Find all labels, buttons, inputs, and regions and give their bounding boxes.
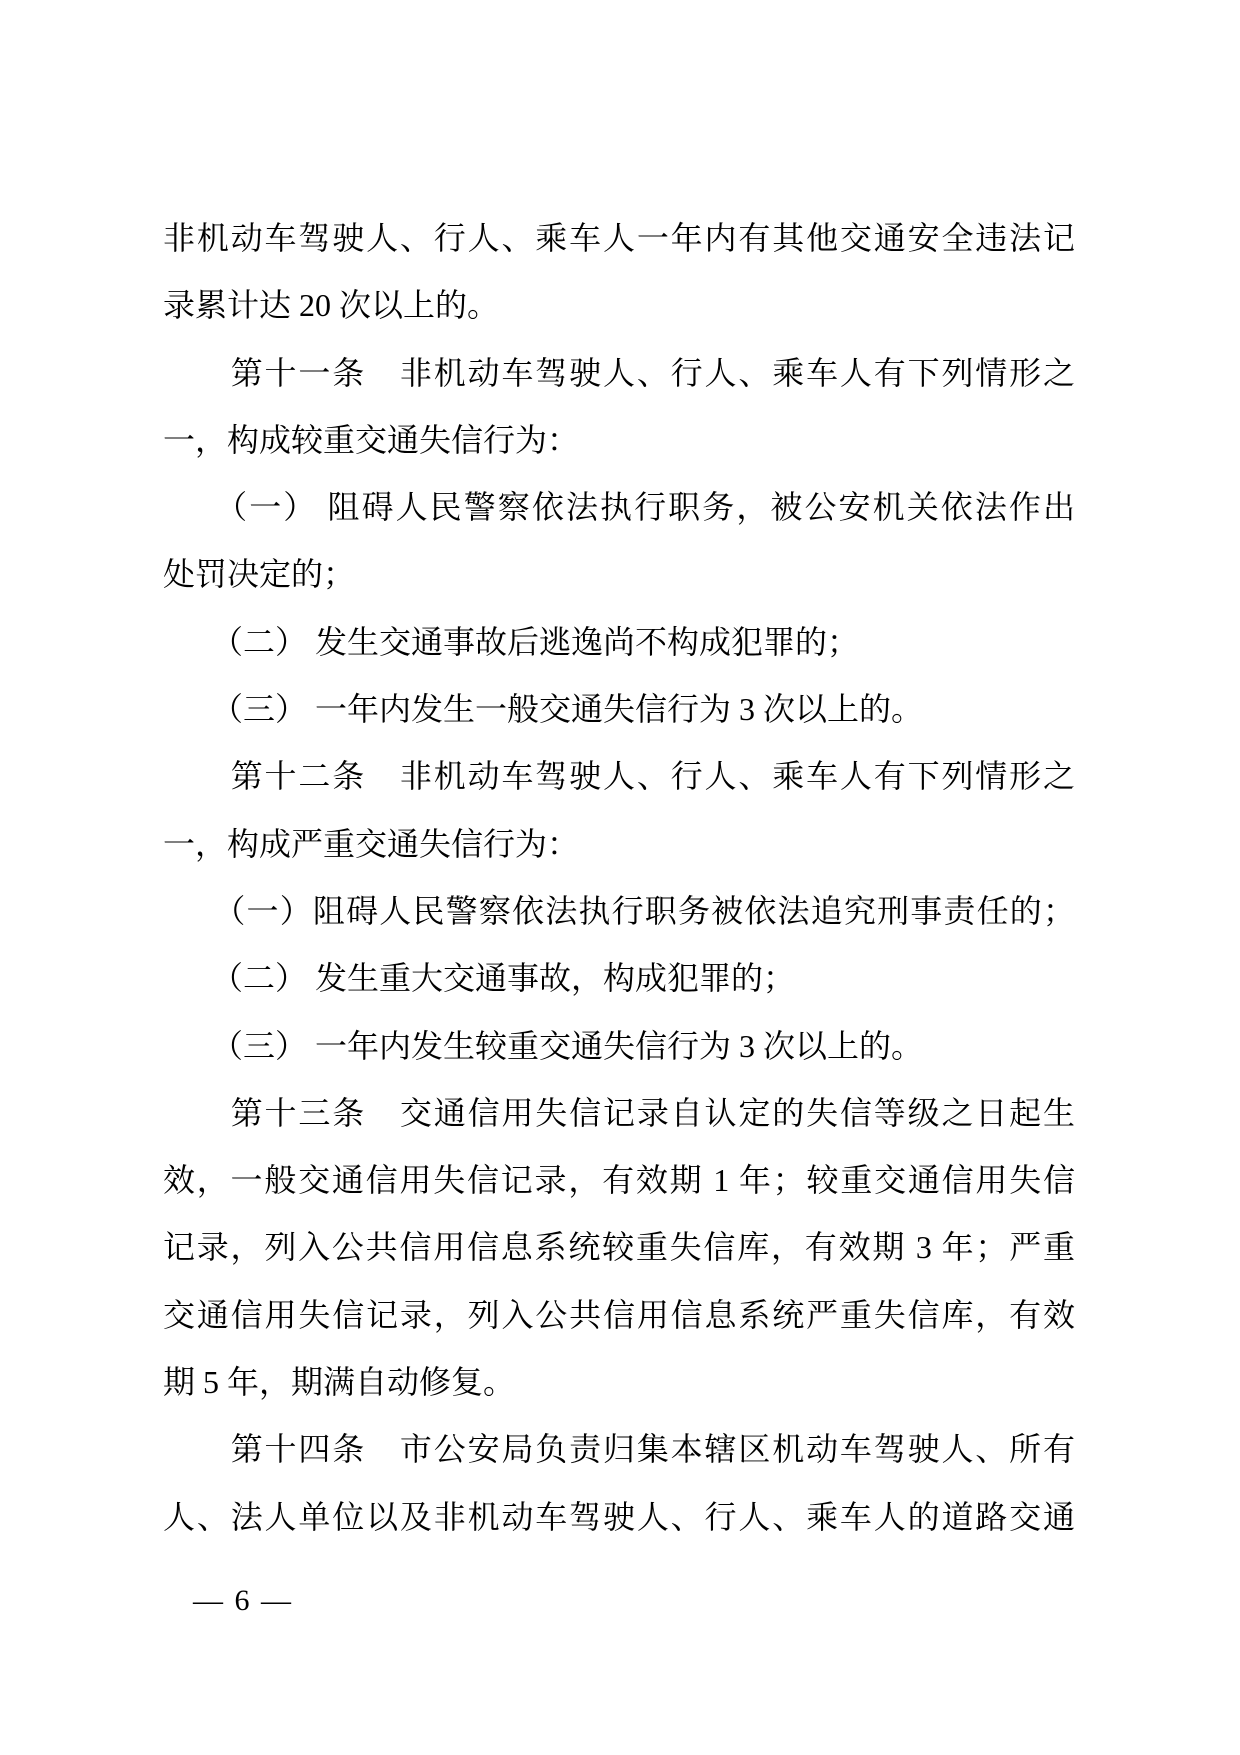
document-page: 非机动车驾驶人、行人、乘车人一年内有其他交通安全违法记 录累计达 20 次以上的… (0, 0, 1240, 1755)
page-number: — 6 — (193, 1583, 293, 1619)
text-line-item-1: （一） 阻碍人民警察依法执行职务，被公安机关依法作出 (163, 474, 1075, 541)
text-line: 期 5 年，期满自动修复。 (163, 1349, 1075, 1416)
text-line-article-12: 第十二条 非机动车驾驶人、行人、乘车人有下列情形之 (163, 743, 1075, 810)
text-line-article-14: 第十四条 市公安局负责归集本辖区机动车驾驶人、所有 (163, 1416, 1075, 1483)
text-line: 处罚决定的； (163, 541, 1075, 608)
text-line: 非机动车驾驶人、行人、乘车人一年内有其他交通安全违法记 (163, 205, 1075, 272)
text-line: 录累计达 20 次以上的。 (163, 272, 1075, 339)
text-line-item-2: （二） 发生重大交通事故，构成犯罪的； (163, 945, 1075, 1012)
text-line-article-13: 第十三条 交通信用失信记录自认定的失信等级之日起生 (163, 1080, 1075, 1147)
text-line: 一，构成较重交通失信行为： (163, 407, 1075, 474)
text-line: 效，一般交通信用失信记录，有效期 1 年；较重交通信用失信 (163, 1147, 1075, 1214)
text-line-item-2: （二） 发生交通事故后逃逸尚不构成犯罪的； (163, 609, 1075, 676)
text-line: 交通信用失信记录，列入公共信用信息系统严重失信库，有效 (163, 1282, 1075, 1349)
text-line-item-3: （三） 一年内发生较重交通失信行为 3 次以上的。 (163, 1013, 1075, 1080)
text-line: 一，构成严重交通失信行为： (163, 811, 1075, 878)
text-line-item-3: （三） 一年内发生一般交通失信行为 3 次以上的。 (163, 676, 1075, 743)
text-line: 人、法人单位以及非机动车驾驶人、行人、乘车人的道路交通 (163, 1484, 1075, 1551)
text-line-article-11: 第十一条 非机动车驾驶人、行人、乘车人有下列情形之 (163, 340, 1075, 407)
text-line: 记录，列入公共信用信息系统较重失信库，有效期 3 年；严重 (163, 1214, 1075, 1281)
document-body: 非机动车驾驶人、行人、乘车人一年内有其他交通安全违法记 录累计达 20 次以上的… (163, 205, 1075, 1551)
text-line-item-1: （一）阻碍人民警察依法执行职务被依法追究刑事责任的； (163, 878, 1075, 945)
